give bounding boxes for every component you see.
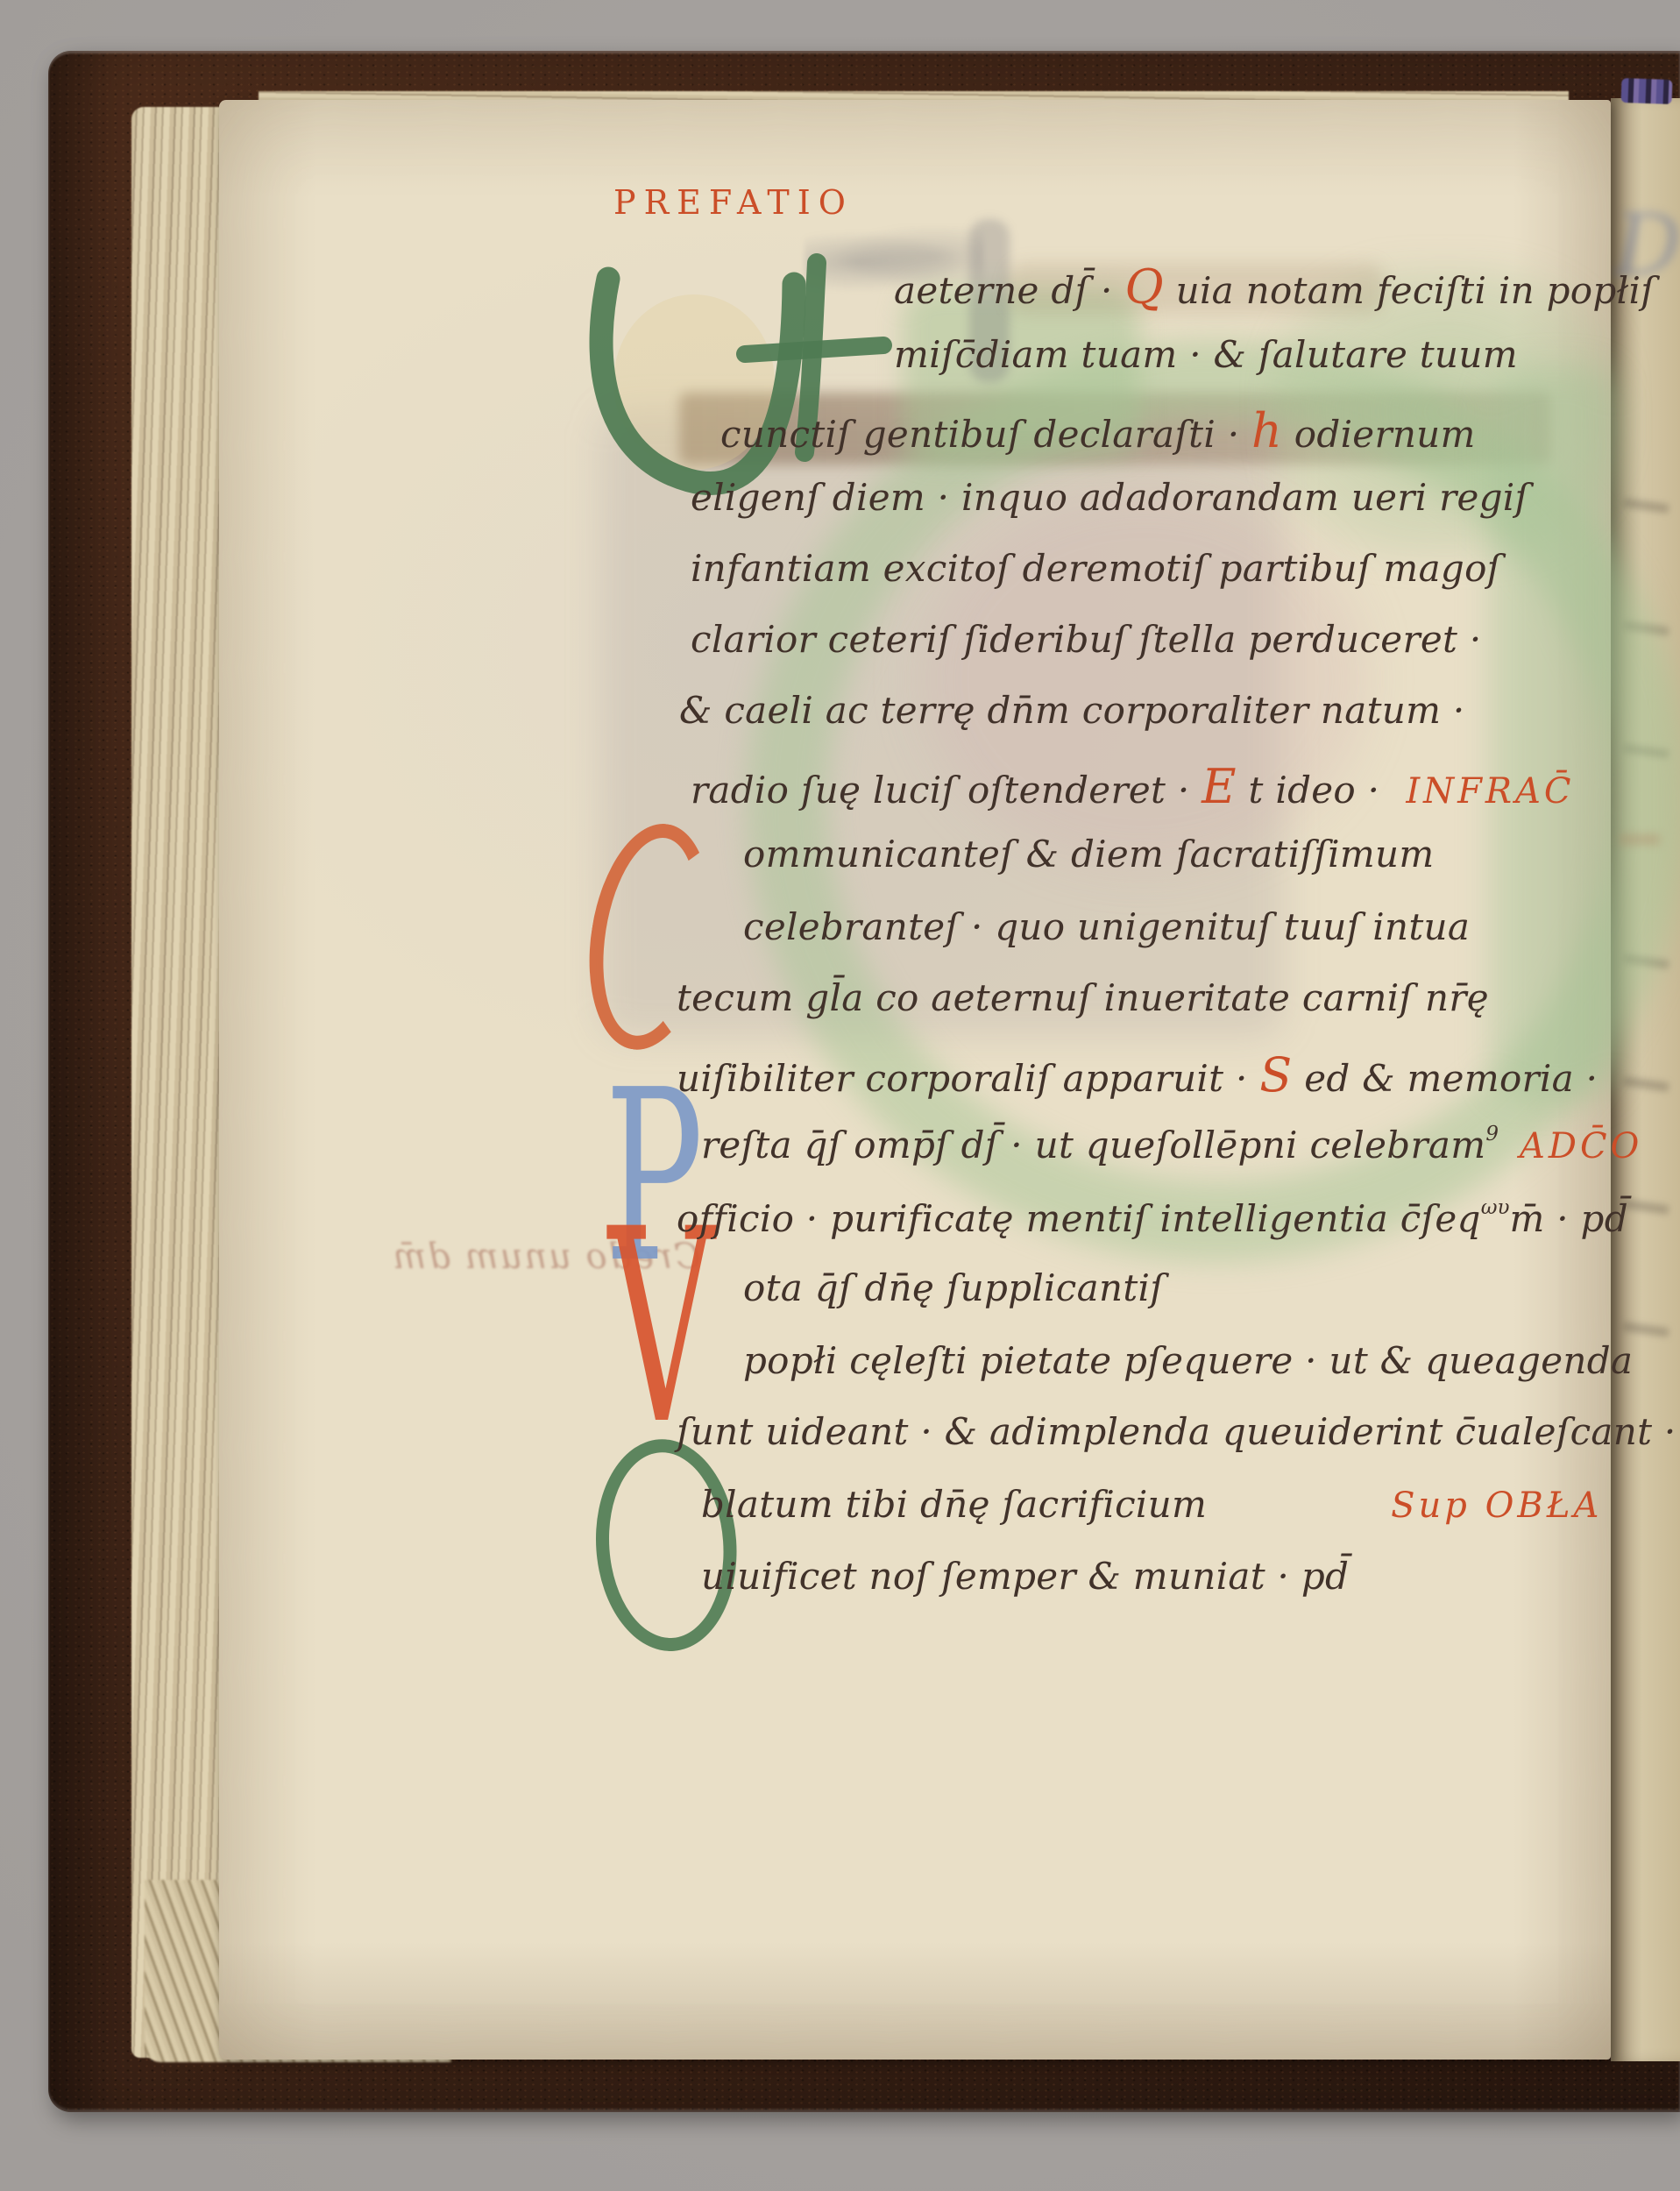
marginal-rubric: INFRAC̄ bbox=[1406, 771, 1574, 812]
text-line: tecum gl̄a co aeternuſ inueritate carniſ… bbox=[677, 978, 1489, 1018]
colored-capital: E bbox=[1202, 759, 1237, 814]
facing-page-ghost-line bbox=[1623, 620, 1669, 635]
script-text: ωυ bbox=[1481, 1196, 1510, 1219]
script-text: cunctiſ gentibuſ declaraſti · bbox=[720, 413, 1251, 456]
facing-page-ghost-line bbox=[1623, 1076, 1669, 1091]
script-text: ſunt uideant · & adimplenda queuiderint … bbox=[677, 1410, 1680, 1453]
facing-page-ghost-line bbox=[1623, 1322, 1669, 1337]
script-text: m̄ · pd̄ bbox=[1509, 1197, 1627, 1240]
endband-icon bbox=[1621, 78, 1673, 104]
script-text: uia notam feciſti in popłiſ bbox=[1164, 269, 1655, 312]
script-text: radio ſuę luciſ oſtenderet · bbox=[691, 769, 1202, 812]
script-text: ed & memoria · bbox=[1293, 1057, 1598, 1100]
text-line: ſunt uideant · & adimplenda queuiderint … bbox=[677, 1412, 1680, 1452]
script-text: odiernum bbox=[1282, 413, 1476, 456]
script-text: celebranteſ · quo unigenituſ tuuſ intua bbox=[743, 905, 1470, 948]
script-text: ota q̄ſ dn̄ę ſupplicantiſ bbox=[743, 1266, 1164, 1309]
text-line: & caeli ac terrę dn̄m corporaliter natum… bbox=[679, 691, 1465, 731]
script-text: t ideo · bbox=[1237, 769, 1379, 812]
facing-page-ghost-line bbox=[1623, 954, 1669, 968]
text-line: uiſibiliter corporaliſ apparuit · S ed &… bbox=[677, 1049, 1598, 1101]
script-text: & caeli ac terrę dn̄m corporaliter natum… bbox=[679, 689, 1465, 732]
text-line: ommunicanteſ & diem ſacratiſſimum bbox=[743, 834, 1434, 875]
text-line: eligenſ diem · inquo adadorandam ueri re… bbox=[691, 478, 1528, 518]
text-line: clarior ceteriſ ſideribuſ ſtella perduce… bbox=[691, 620, 1481, 660]
text-line: aeterne dſ̄ · Q uia notam feciſti in pop… bbox=[894, 261, 1655, 313]
script-text: eligenſ diem · inquo adadorandam ueri re… bbox=[691, 476, 1528, 519]
script-text: tecum gl̄a co aeternuſ inueritate carniſ… bbox=[677, 976, 1489, 1019]
facing-page-ghost-line bbox=[1623, 1199, 1669, 1214]
facing-page-ghost-line bbox=[1623, 743, 1669, 758]
facing-page-ghost-line bbox=[1623, 498, 1669, 513]
script-text: officio · purificatę mentiſ intelligenti… bbox=[677, 1197, 1481, 1240]
script-text: clarior ceteriſ ſideribuſ ſtella perduce… bbox=[691, 618, 1481, 661]
colored-capital: h bbox=[1251, 403, 1282, 458]
text-line: ota q̄ſ dn̄ę ſupplicantiſ bbox=[743, 1268, 1164, 1308]
script-text: miſc̄diam tuam · & ſalutare tuum bbox=[894, 333, 1518, 376]
text-line: cunctiſ gentibuſ declaraſti · h odiernum bbox=[720, 405, 1476, 457]
rubric-heading: PREFATIO bbox=[613, 186, 854, 219]
script-text: popłi cęleſti pietate pſequere · ut & qu… bbox=[743, 1339, 1633, 1382]
text-line: radio ſuę luciſ oſtenderet · E t ideo ·I… bbox=[691, 761, 1574, 812]
marginal-rubric: Sup OBŁA bbox=[1391, 1485, 1602, 1526]
script-text: reſta q̄ſ omp̄ſ dſ̄ · ut queſollēpni cel… bbox=[701, 1124, 1485, 1166]
script-text: uiuificet noſ ſemper & muniat · pd̄ bbox=[701, 1555, 1349, 1598]
colored-capital: Q bbox=[1124, 259, 1164, 315]
facing-page-ghost-rubric bbox=[1620, 834, 1660, 845]
text-line: infantiam excitoſ deremotiſ partibuſ mag… bbox=[691, 549, 1501, 589]
text-line: reſta q̄ſ omp̄ſ dſ̄ · ut queſollēpni cel… bbox=[701, 1124, 1642, 1166]
script-text: blatum tibi dn̄ę ſacrificium bbox=[701, 1483, 1207, 1526]
text-line: celebranteſ · quo unigenituſ tuuſ intua bbox=[743, 907, 1470, 947]
facing-page-sliver: D bbox=[1611, 98, 1680, 2061]
script-text: 9 bbox=[1485, 1123, 1499, 1145]
vere-dignum-monogram-icon bbox=[582, 249, 894, 508]
script-text: infantiam excitoſ deremotiſ partibuſ mag… bbox=[691, 547, 1501, 590]
text-line: miſc̄diam tuam · & ſalutare tuum bbox=[894, 335, 1518, 375]
script-text: aeterne dſ̄ · bbox=[894, 269, 1124, 312]
text-line: uiuificet noſ ſemper & muniat · pd̄ bbox=[701, 1556, 1349, 1597]
text-line: blatum tibi dn̄ę ſacrificiumSup OBŁA bbox=[701, 1485, 1602, 1525]
script-text: ommunicanteſ & diem ſacratiſſimum bbox=[743, 833, 1434, 876]
script-text: uiſibiliter corporaliſ apparuit · bbox=[677, 1057, 1259, 1100]
colored-capital: S bbox=[1259, 1047, 1292, 1103]
manuscript-photo: D Credo unum dm̄ PREFATIO P V aeterne dſ… bbox=[0, 0, 1680, 2191]
marginal-rubric: ADC̄O bbox=[1520, 1126, 1642, 1166]
text-line: popłi cęleſti pietate pſequere · ut & qu… bbox=[743, 1341, 1633, 1381]
text-line: officio · purificatę mentiſ intelligenti… bbox=[677, 1197, 1628, 1239]
